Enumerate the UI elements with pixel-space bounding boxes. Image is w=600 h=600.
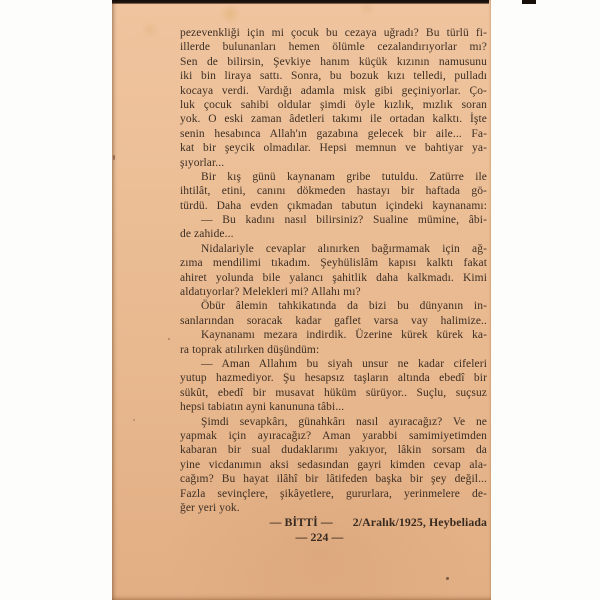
- body-text-block: pezevenkliği için mi çocuk bu cezaya uğr…: [180, 26, 487, 544]
- text-line: yok. O eski zaman âdetleri takımı ile or…: [180, 112, 487, 126]
- publication-date: 2/Aralık/1925, Heybeliada: [353, 515, 487, 529]
- text-line: ra toprak atılırken düşündüm:: [180, 343, 487, 357]
- text-line: luk çocuk sahibi oldular şimdi öyle kızl…: [180, 98, 487, 112]
- text-line: şıyorlar...: [180, 156, 487, 170]
- text-line: ğer yeri yok.: [180, 501, 487, 515]
- text-line: yutup hazmediyor. Şu hesapsız taşların a…: [180, 371, 487, 385]
- text-line: sanlarından soracak kadar gaflet varsa v…: [180, 314, 487, 328]
- text-line: zıma mendilimi tıkadım. Şeyhülislâm kapı…: [180, 256, 487, 270]
- text-line: kat bir şeycik olmadılar. Hepsi memnun v…: [180, 141, 487, 155]
- text-line: türdü. Daha evden çıkmadan tabutun içind…: [180, 199, 487, 213]
- body-lines-container: pezevenkliği için mi çocuk bu cezaya uğr…: [180, 26, 487, 515]
- text-line: Şimdi sevapkârı, günahkârı nasıl ayıraca…: [180, 415, 487, 429]
- text-line: Fazla sevinçlere, şikâyetlere, gururlara…: [180, 487, 487, 501]
- text-line: Bir kış günü kaynanam gribe tutuldu. Zat…: [180, 170, 487, 184]
- book-page: pezevenkliği için mi çocuk bu cezaya uğr…: [112, 0, 491, 600]
- text-line: sükût, ebedî bir musavat hüküm sürüyor..…: [180, 386, 487, 400]
- end-marker: — BİTTİ —: [270, 515, 333, 529]
- text-line: Nidalariyle cevaplar alınırken bağırmama…: [180, 242, 487, 256]
- text-line: ihtilât, etini, canını dökmeden hastayı …: [180, 184, 487, 198]
- footer-line: — BİTTİ — 2/Aralık/1925, Heybeliada: [180, 515, 487, 529]
- text-line: illerde bulunanları hemen ölümle cezalan…: [180, 40, 487, 54]
- text-line: Öbür âlemin tahkikatında da bizi bu düny…: [180, 299, 487, 313]
- text-line: ahiret yolunda bile yalancı şahitlik dah…: [180, 271, 487, 285]
- page-top-edge: [112, 0, 489, 4]
- text-line: — Bu kadını nasıl bilirsiniz? Sualine mü…: [180, 213, 487, 227]
- text-line: cağım? Bu hayat ilâhî bir lâtifeden başk…: [180, 472, 487, 486]
- text-line: hepsi tabiatın ayni kanununa tâbi...: [180, 400, 487, 414]
- page-number: — 224 —: [166, 530, 473, 544]
- text-line: Sen de bilirsin, Şevkiye hanım küçük kız…: [180, 55, 487, 69]
- scan-background: pezevenkliği için mi çocuk bu cezaya uğr…: [0, 0, 600, 600]
- text-line: yapmak için ayıracağız? Aman yarabbi sam…: [180, 429, 487, 443]
- text-line: kabaran bir sual dudaklarımı yakıyor, lâ…: [180, 443, 487, 457]
- text-line: aldatıyorlar? Melekleri mi? Allahı mı?: [180, 285, 487, 299]
- text-line: — Aman Allahım bu siyah unsur ne kadar c…: [180, 357, 487, 371]
- text-line: kocaya verdi. Vardığı adamla misk gibi g…: [180, 84, 487, 98]
- text-line: de zahide...: [180, 227, 487, 241]
- scan-edge-artifact: [522, 0, 536, 4]
- text-line: senin hesabınca Allah'ın gazabına gelece…: [180, 127, 487, 141]
- text-line: yine vicdanımın aksi sedasından gayri ki…: [180, 458, 487, 472]
- text-line: iki bin liraya sattı. Sonra, bu bozuk kı…: [180, 69, 487, 83]
- text-line: pezevenkliği için mi çocuk bu cezaya uğr…: [180, 26, 487, 40]
- text-line: Kaynanamı mezara indirdik. Üzerine kürek…: [180, 328, 487, 342]
